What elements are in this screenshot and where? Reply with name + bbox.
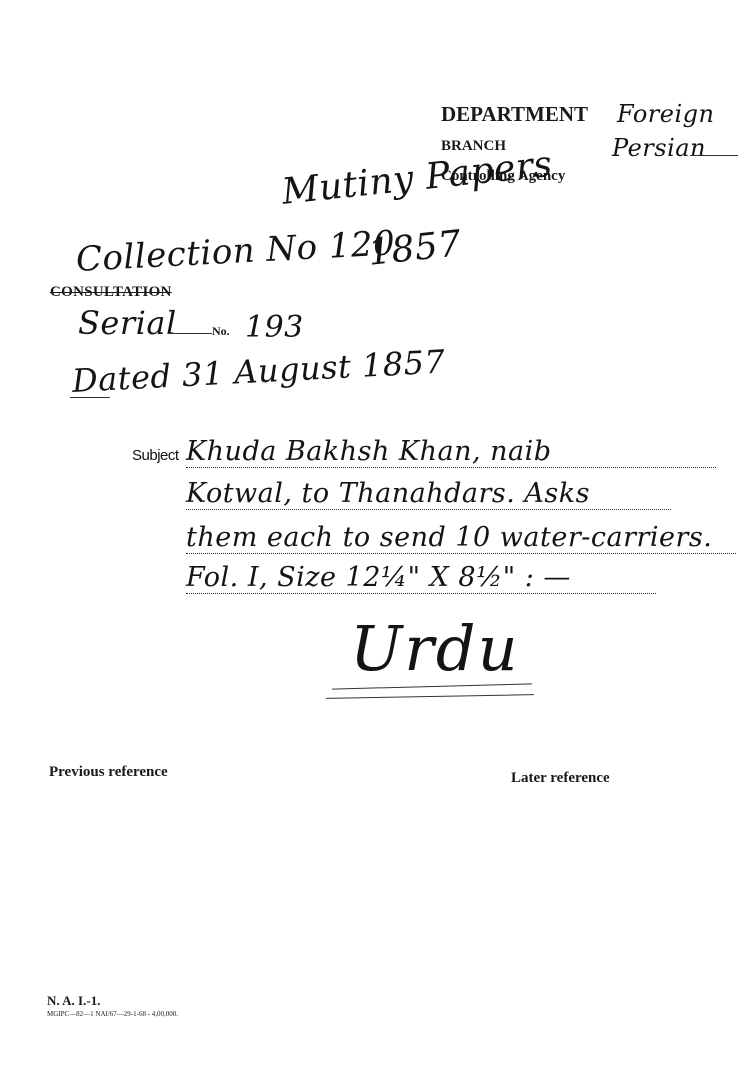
department-value: Foreign bbox=[617, 100, 714, 128]
consultation-label: CONSULTATION bbox=[50, 284, 172, 301]
dated-text: Dated 31 August 1857 bbox=[71, 342, 446, 400]
subject-line: them each to send 10 water-carriers. bbox=[186, 522, 736, 554]
later-reference-label: Later reference bbox=[511, 770, 610, 787]
language-text: Urdu bbox=[350, 612, 520, 685]
department-label: DEPARTMENT bbox=[441, 102, 588, 127]
printer-line: MGIPC—82—1 NAI/67—29-1-68 - 4,00,000. bbox=[47, 1010, 178, 1018]
serial-underline bbox=[168, 333, 212, 334]
subject-line: Khuda Bakhsh Khan, naib bbox=[186, 436, 716, 468]
branch-value: Persian bbox=[612, 134, 706, 162]
notation-text: Mutiny Papers bbox=[280, 144, 554, 213]
form-id: N. A. I.-1. bbox=[47, 993, 100, 1009]
subject-label: Subject bbox=[132, 447, 179, 464]
serial-number: 193 bbox=[245, 310, 304, 345]
collection-number: Collection No 120 bbox=[75, 223, 396, 280]
language-underline-2 bbox=[326, 694, 534, 699]
previous-reference-label: Previous reference bbox=[49, 764, 168, 781]
serial-handwritten: Serial bbox=[78, 304, 177, 342]
subject-line: Fol. I, Size 12¼" X 8½" : — bbox=[186, 562, 656, 594]
serial-no-label: No. bbox=[212, 324, 230, 339]
dated-underline bbox=[70, 397, 110, 398]
subject-line: Kotwal, to Thanahdars. Asks bbox=[186, 478, 671, 510]
branch-value-underline bbox=[690, 155, 738, 156]
